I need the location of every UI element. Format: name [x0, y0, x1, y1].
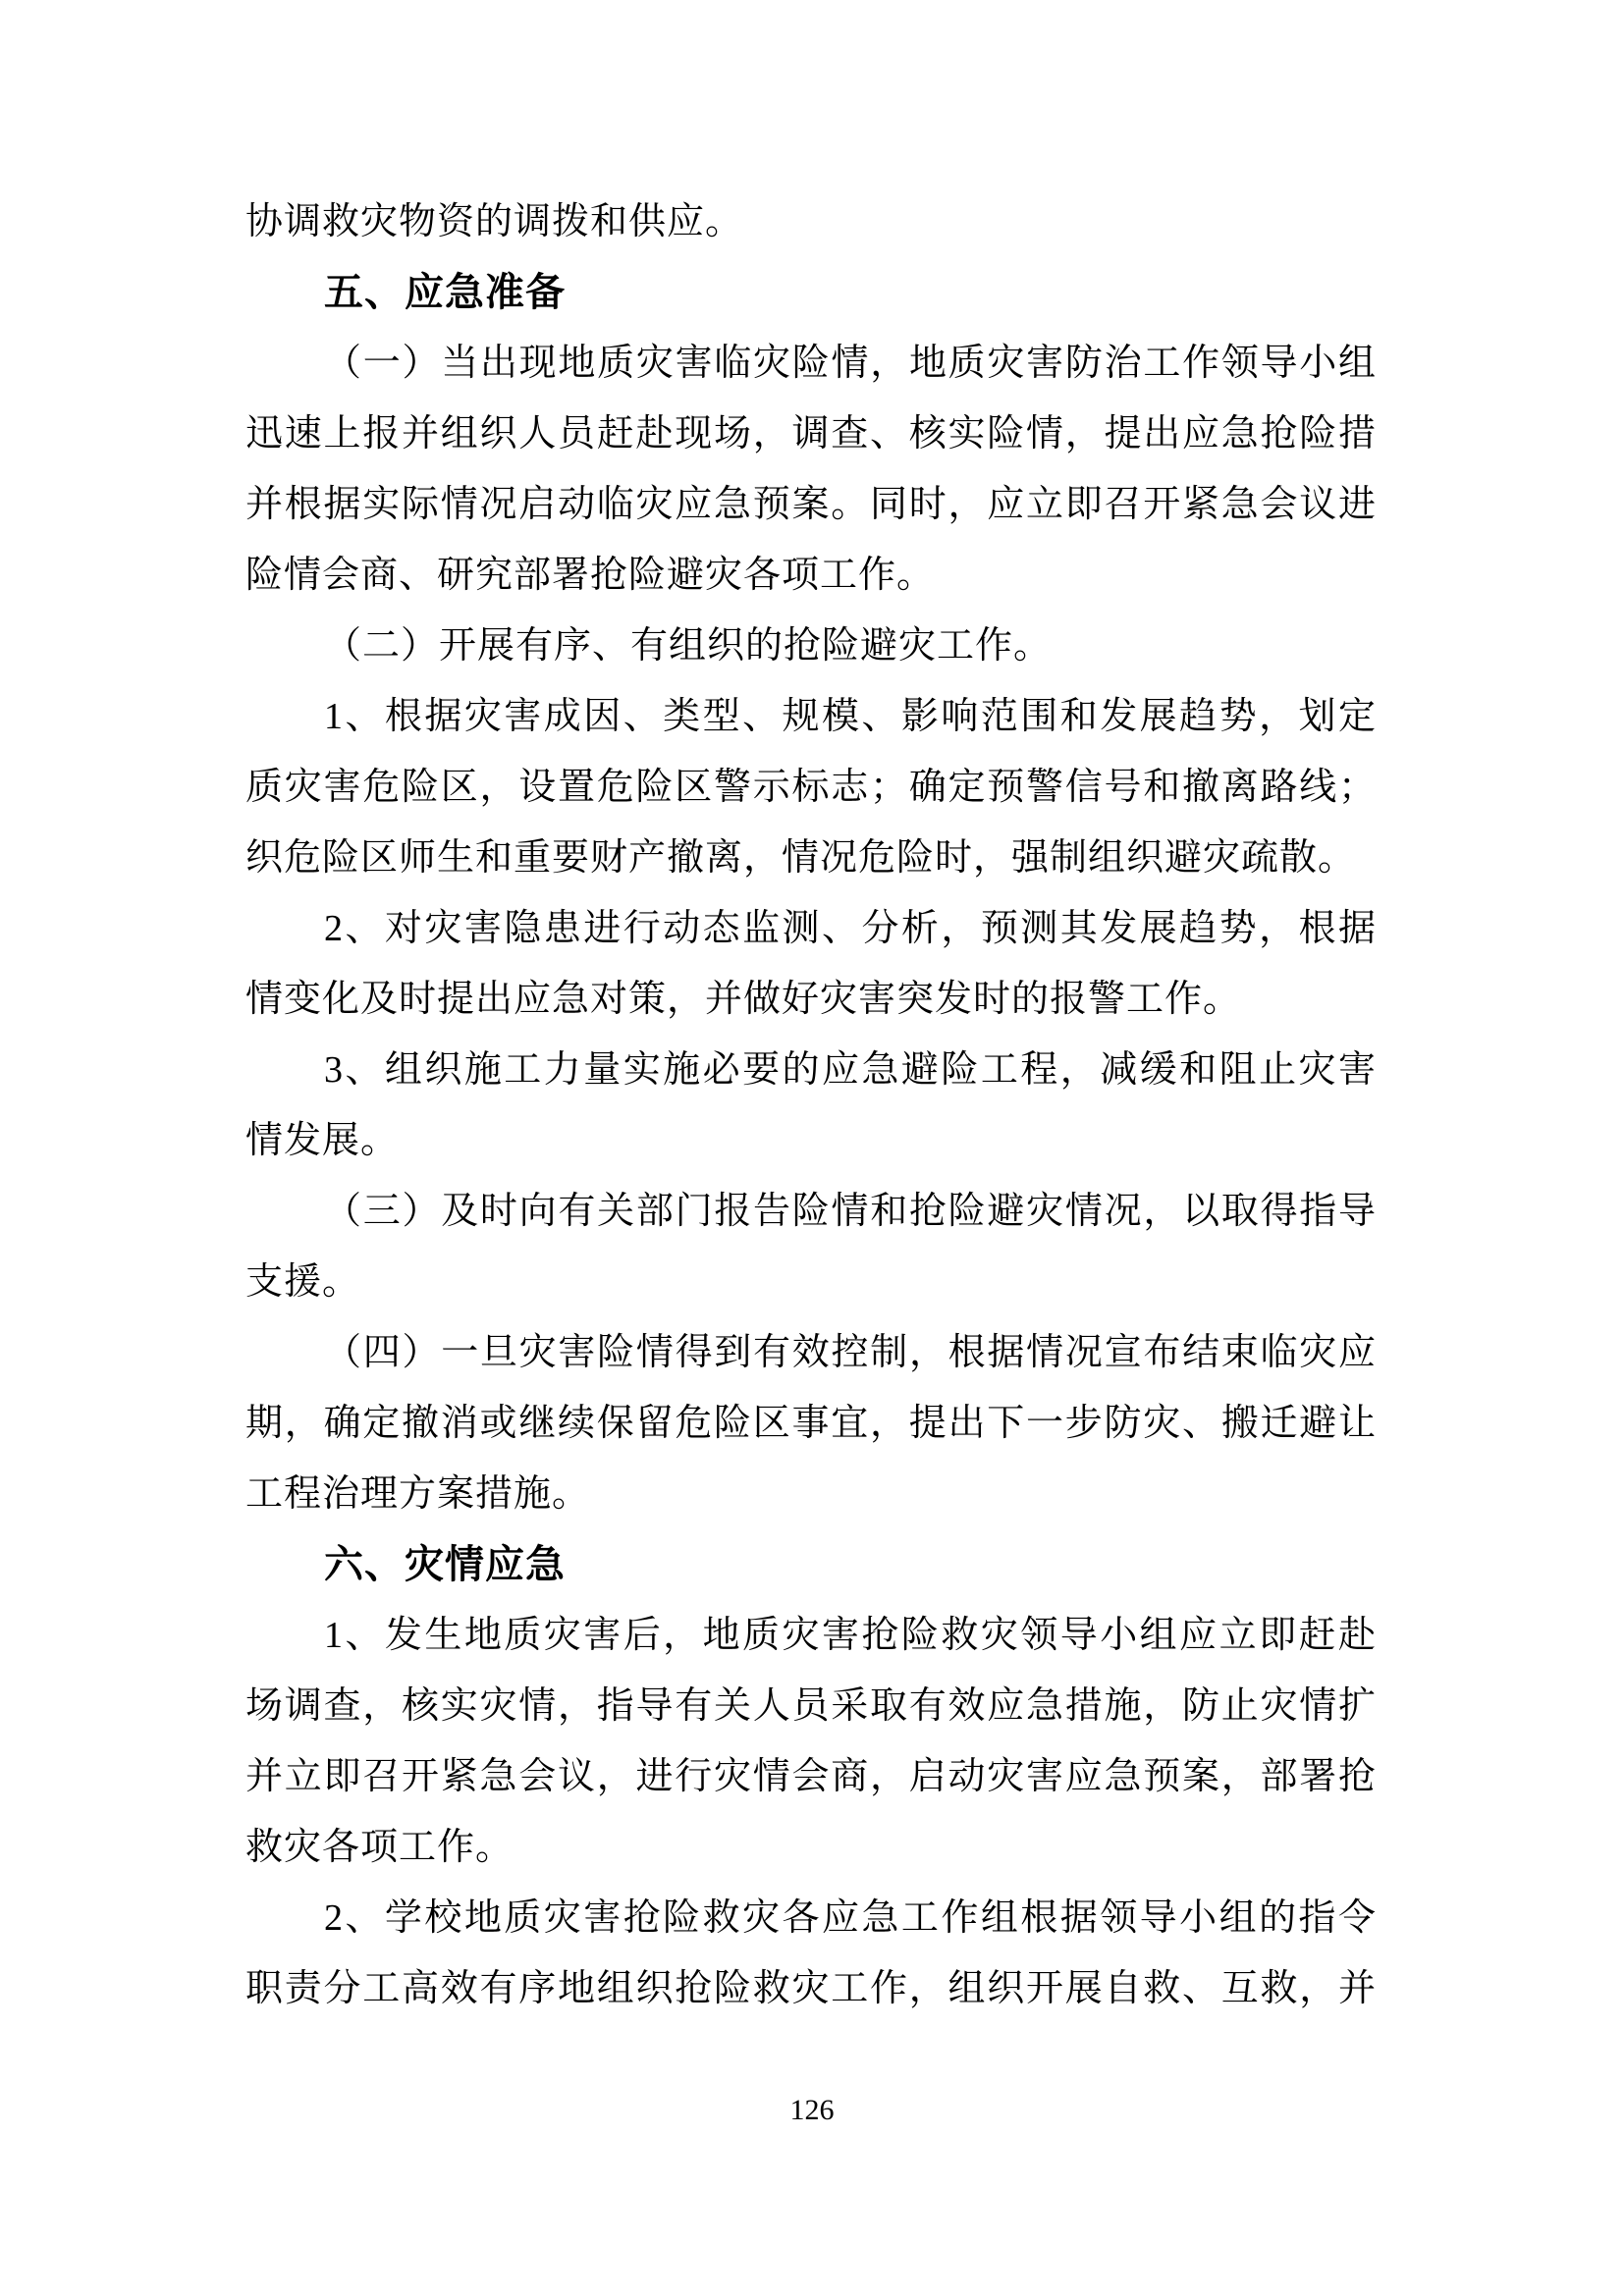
body-text-line: 工程治理方案措施。 — [245, 1459, 1377, 1529]
body-text-line: 协调救灾物资的调拨和供应。 — [245, 187, 1377, 257]
body-text-line: 1、根据灾害成因、类型、规模、影响范围和发展趋势，划定地 — [245, 681, 1377, 752]
body-text-line: 情变化及时提出应急对策，并做好灾害突发时的报警工作。 — [245, 964, 1377, 1035]
section-6-heading: 六、灾情应急 — [245, 1529, 1377, 1600]
body-text-line: 支援。 — [245, 1247, 1377, 1317]
page-number: 126 — [0, 2089, 1624, 2132]
body-text-line: 质灾害危险区，设置危险区警示标志；确定预警信号和撤离路线；组 — [245, 752, 1377, 823]
body-text-line: 情发展。 — [245, 1105, 1377, 1176]
body-text-line: 职责分工高效有序地组织抢险救灾工作，组织开展自救、互救，并采 — [245, 1953, 1377, 2024]
document-body: 协调救灾物资的调拨和供应。 五、应急准备 （一）当出现地质灾害临灾险情，地质灾害… — [245, 187, 1377, 2024]
body-text-line: （三）及时向有关部门报告险情和抢险避灾情况，以取得指导和 — [245, 1176, 1377, 1247]
body-text-line: 险情会商、研究部署抢险避灾各项工作。 — [245, 540, 1377, 611]
body-text-line: 期，确定撤消或继续保留危险区事宜，提出下一步防灾、搬迁避让或 — [245, 1388, 1377, 1459]
body-text-line: 2、对灾害隐患进行动态监测、分析，预测其发展趋势，根据险 — [245, 893, 1377, 964]
body-text-line: （二）开展有序、有组织的抢险避灾工作。 — [245, 611, 1377, 681]
body-text-line: （四）一旦灾害险情得到有效控制，根据情况宣布结束临灾应急 — [245, 1317, 1377, 1388]
body-text-line: （一）当出现地质灾害临灾险情，地质灾害防治工作领导小组应 — [245, 328, 1377, 399]
body-text-line: 迅速上报并组织人员赶赴现场，调查、核实险情，提出应急抢险措施， — [245, 399, 1377, 469]
body-text-line: 并立即召开紧急会议，进行灾情会商，启动灾害应急预案，部署抢险 — [245, 1741, 1377, 1812]
body-text-line: 3、组织施工力量实施必要的应急避险工程，减缓和阻止灾害险 — [245, 1035, 1377, 1105]
body-text-line: 救灾各项工作。 — [245, 1812, 1377, 1883]
document-page: 协调救灾物资的调拨和供应。 五、应急准备 （一）当出现地质灾害临灾险情，地质灾害… — [0, 0, 1624, 2296]
body-text-line: 1、发生地质灾害后，地质灾害抢险救灾领导小组应立即赶赴现 — [245, 1600, 1377, 1671]
body-text-line: 织危险区师生和重要财产撤离，情况危险时，强制组织避灾疏散。 — [245, 823, 1377, 893]
body-text-line: 并根据实际情况启动临灾应急预案。同时，应立即召开紧急会议进行 — [245, 469, 1377, 540]
body-text-line: 2、学校地质灾害抢险救灾各应急工作组根据领导小组的指令及 — [245, 1883, 1377, 1953]
section-5-heading: 五、应急准备 — [245, 257, 1377, 328]
body-text-line: 场调查，核实灾情，指导有关人员采取有效应急措施，防止灾情扩大， — [245, 1671, 1377, 1741]
